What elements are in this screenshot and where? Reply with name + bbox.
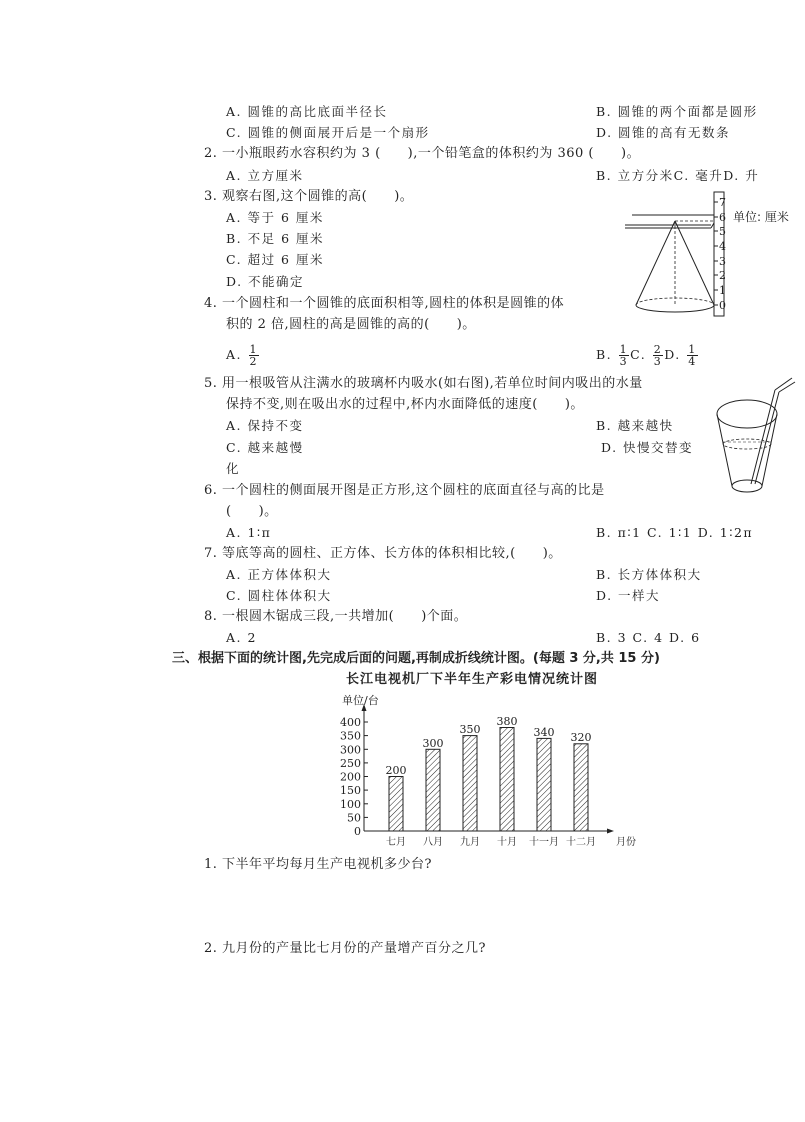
fraction-one-half: 12: [249, 344, 260, 367]
x-axis-arrow-icon: [607, 829, 614, 834]
section3-q1: 1. 下半年平均每月生产电视机多少台?: [204, 857, 432, 873]
q6-stem-line2: ( )。: [226, 504, 278, 520]
bar-jul: [389, 777, 403, 832]
q2-options-bcd: B. 立方分米C. 毫升D. 升: [596, 168, 759, 184]
q7-option-d: D. 一样大: [596, 588, 660, 604]
q8-option-a: A. 2: [226, 630, 257, 646]
y-tick: 150: [340, 784, 361, 797]
bar-value-label: 350: [460, 723, 481, 736]
y-tick: 0: [354, 825, 361, 838]
ruler-tick-1: 1: [719, 284, 726, 297]
bar-oct: [500, 728, 514, 832]
q5-stem-line2: 保持不变,则在吸出水的过程中,杯内水面降低的速度( )。: [226, 397, 584, 413]
y-tick: 400: [340, 716, 361, 729]
x-category-label: 十二月: [566, 835, 596, 848]
bar-nov: [537, 738, 551, 831]
ruler-tick-6: 6: [719, 211, 726, 224]
q7-stem: 7. 等底等高的圆柱、正方体、长方体的体积相比较,( )。: [204, 546, 562, 562]
q1-option-d: D. 圆锥的高有无数条: [596, 125, 730, 141]
section3-q2: 2. 九月份的产量比七月份的产量增产百分之几?: [204, 941, 486, 957]
q1-option-c: C. 圆锥的侧面展开后是一个扇形: [226, 125, 430, 141]
q4-stem-line1: 4. 一个圆柱和一个圆锥的底面积相等,圆柱的体积是圆锥的体: [204, 296, 564, 312]
bar-value-label: 300: [423, 737, 444, 750]
bar-value-label: 320: [571, 731, 592, 744]
x-category-label: 十一月: [529, 835, 559, 848]
q2-option-a: A. 立方厘米: [226, 168, 303, 184]
q3-option-c: C. 超过 6 厘米: [226, 252, 324, 268]
unit-label-cm: 单位: 厘米: [733, 209, 789, 225]
q5-option-d: D. 快慢交替变: [601, 440, 693, 456]
ruler-tick-3: 3: [719, 255, 726, 268]
q5-option-b: B. 越来越快: [596, 418, 674, 434]
q3-option-d: D. 不能确定: [226, 274, 304, 290]
q6-option-a: A. 1∶π: [226, 525, 271, 541]
fraction-one-third: 13: [619, 344, 630, 367]
bar-sep: [463, 736, 477, 831]
q5-option-a: A. 保持不变: [226, 418, 303, 434]
q5-option-d-continued: 化: [226, 461, 240, 477]
bar-value-label: 200: [386, 764, 407, 777]
q8-options-bcd: B. 3 C. 4 D. 6: [596, 630, 701, 646]
bar-value-label: 340: [534, 726, 555, 739]
ruler-tick-5: 5: [719, 225, 726, 238]
ruler-tick-4: 4: [719, 240, 726, 253]
y-tick: 100: [340, 798, 361, 811]
bar-aug: [426, 749, 440, 831]
y-tick: 50: [347, 811, 361, 824]
x-category-label: 十月: [497, 835, 517, 848]
q6-stem-line1: 6. 一个圆柱的侧面展开图是正方形,这个圆柱的底面直径与高的比是: [204, 483, 605, 499]
y-tick: 250: [340, 757, 361, 770]
q5-stem-line1: 5. 用一根吸管从注满水的玻璃杯内吸水(如右图),若单位时间内吸出的水量: [204, 376, 643, 392]
q3-option-a: A. 等于 6 厘米: [226, 210, 324, 226]
q4-options-bcd: B. 13C. 23D. 14: [596, 342, 699, 368]
y-tick: 200: [340, 771, 361, 784]
ruler-tick-0: 0: [719, 299, 726, 312]
q3-option-b: B. 不足 6 厘米: [226, 231, 324, 247]
x-axis-label: 月份: [616, 836, 636, 848]
fraction-two-thirds: 23: [653, 344, 664, 367]
y-tick: 300: [340, 743, 361, 756]
q7-option-a: A. 正方体体积大: [226, 567, 331, 583]
x-category-label: 七月: [386, 835, 406, 848]
q1-option-b: B. 圆锥的两个面都是圆形: [596, 104, 758, 120]
x-category-label: 八月: [423, 836, 443, 848]
q8-stem: 8. 一根圆木锯成三段,一共增加( )个面。: [204, 609, 467, 625]
q3-stem: 3. 观察右图,这个圆锥的高( )。: [204, 189, 413, 205]
q2-stem: 2. 一小瓶眼药水容积约为 3 ( ),一个铅笔盒的体积约为 360 ( )。: [204, 146, 640, 162]
bar-chart: 单位/台 0 50 100 150 200 250 300 350 400 20: [330, 690, 640, 850]
ruler-tick-7: 7: [719, 196, 726, 209]
q6-options-bcd: B. π∶1 C. 1∶1 D. 1∶2π: [596, 525, 753, 541]
q7-option-c: C. 圆柱体体积大: [226, 588, 332, 604]
q7-option-b: B. 长方体体积大: [596, 567, 702, 583]
bar-value-label: 380: [497, 715, 518, 728]
section3-heading: 三、根据下面的统计图,先完成后面的问题,再制成折线统计图。(每题 3 分,共 1…: [172, 651, 660, 667]
glass-straw-figure: [710, 374, 800, 499]
x-category-label: 九月: [460, 835, 480, 848]
y-axis-label: 单位/台: [342, 694, 379, 707]
bar-dec: [574, 744, 588, 831]
q5-option-c: C. 越来越慢: [226, 440, 304, 456]
q4-option-a: A. 12: [226, 342, 260, 368]
chart-title: 长江电视机厂下半年生产彩电情况统计图: [346, 672, 598, 688]
q1-option-a: A. 圆锥的高比底面半径长: [226, 104, 387, 120]
ruler-tick-2: 2: [719, 269, 726, 282]
y-tick: 350: [340, 730, 361, 743]
cone-ruler-figure: 7 6 5 4 3 2 1 0: [625, 188, 800, 318]
fraction-one-quarter: 14: [687, 344, 698, 367]
q4-stem-line2: 积的 2 倍,圆柱的高是圆锥的高的( )。: [226, 317, 476, 333]
